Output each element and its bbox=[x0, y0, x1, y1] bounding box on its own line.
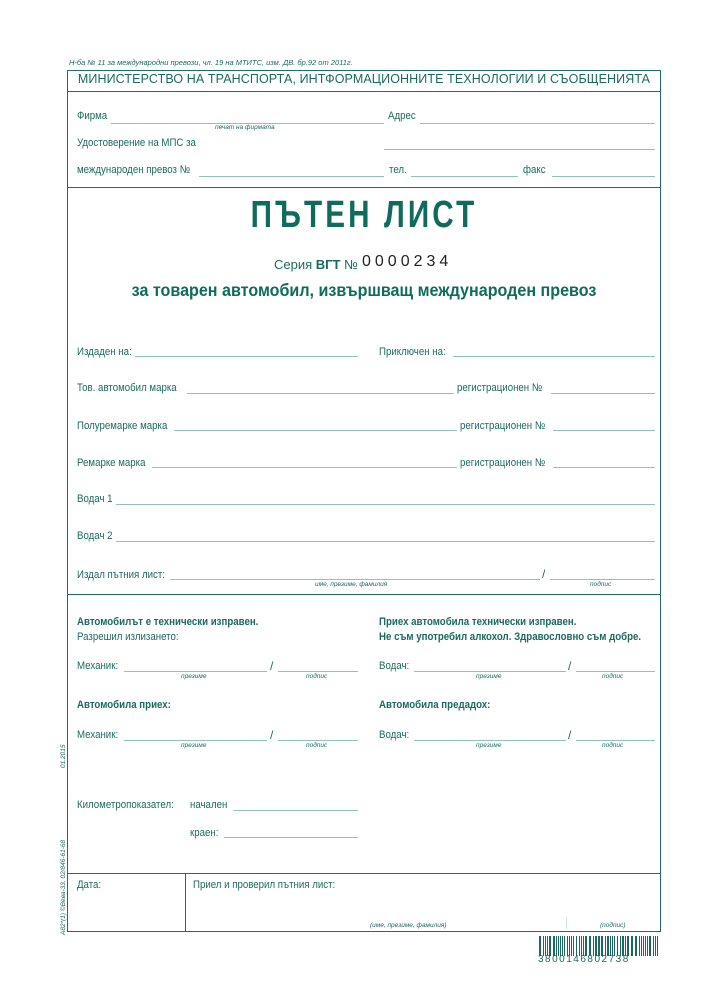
issued-by-label: Издал пътния лист: bbox=[77, 569, 165, 581]
trailer-make-label: Ремарке марка bbox=[77, 457, 146, 469]
vehicle-handed-heading: Автомобила предадох: bbox=[379, 699, 490, 711]
hint-divider bbox=[566, 917, 567, 929]
firm-stamp-hint: печат на фирмата bbox=[215, 124, 275, 131]
surname-hint: презиме bbox=[181, 673, 206, 680]
ministry-heading: МИНИСТЕРСТВО НА ТРАНСПОРТА, ИНТФОРМАЦИОН… bbox=[67, 72, 661, 86]
series-text: Серия bbox=[274, 257, 312, 272]
series-code: ВГТ bbox=[316, 257, 341, 272]
divider bbox=[67, 187, 661, 188]
signature-hint: подпис bbox=[602, 742, 623, 749]
issued-by-signature-field[interactable] bbox=[550, 579, 655, 580]
odometer-start-label: начален bbox=[190, 799, 227, 811]
vehicle-received-heading: Автомобила приех: bbox=[77, 699, 171, 711]
certificate-number-field[interactable] bbox=[199, 176, 384, 177]
semitrailer-make-label: Полуремарке марка bbox=[77, 420, 167, 432]
footer-divider bbox=[185, 874, 186, 932]
certificate-label: Удостоверение на МПС за bbox=[77, 137, 196, 149]
series-label: Серия ВГТ № bbox=[274, 257, 358, 272]
address-field-2[interactable] bbox=[384, 149, 655, 150]
barcode-number: 3800146802738 bbox=[538, 954, 630, 965]
trailer-registration-label: регистрационен № bbox=[460, 457, 545, 469]
print-date-code: 01.2015 bbox=[60, 745, 67, 769]
address-field[interactable] bbox=[420, 123, 655, 124]
certificate-number-label: международен превоз № bbox=[77, 164, 190, 176]
driver-accepted-heading: Приех автомобила технически изправен. bbox=[379, 616, 576, 628]
divider bbox=[67, 594, 661, 595]
trailer-registration-field[interactable] bbox=[553, 467, 655, 468]
odometer-end-field[interactable] bbox=[224, 837, 358, 838]
slash-separator: / bbox=[542, 567, 545, 581]
mechanic-exit-signature-field[interactable] bbox=[278, 671, 358, 672]
semitrailer-registration-label: регистрационен № bbox=[460, 420, 545, 432]
signature-hint: подпис bbox=[306, 673, 327, 680]
odometer-label: Километропоказател: bbox=[77, 799, 174, 811]
printer-code: А82*(1) ©Вева-33, 02/846-61-68 bbox=[60, 840, 67, 935]
phone-field[interactable] bbox=[411, 176, 518, 177]
slash-separator: / bbox=[270, 659, 273, 673]
mechanic-label: Механик: bbox=[77, 729, 118, 741]
address-label: Адрес bbox=[388, 110, 416, 122]
driver1-field[interactable] bbox=[116, 504, 655, 505]
semitrailer-registration-field[interactable] bbox=[553, 430, 655, 431]
surname-hint: презиме bbox=[476, 742, 501, 749]
legal-reference: Н-ба № 11 за международни превози, чл. 1… bbox=[69, 58, 353, 67]
divider bbox=[67, 91, 661, 92]
slash-separator: / bbox=[568, 659, 571, 673]
truck-make-field[interactable] bbox=[187, 393, 454, 394]
barcode-icon bbox=[538, 936, 660, 956]
issued-by-signature-hint: подпис bbox=[590, 581, 611, 588]
trailer-make-field[interactable] bbox=[152, 467, 457, 468]
driver-handover-signature-field[interactable] bbox=[576, 740, 655, 741]
issued-on-label: Издаден на: bbox=[77, 346, 132, 358]
driver-handover-name-field[interactable] bbox=[414, 740, 566, 741]
slash-separator: / bbox=[270, 728, 273, 742]
date-field[interactable] bbox=[67, 874, 185, 932]
phone-label: тел. bbox=[389, 164, 407, 176]
driver2-field[interactable] bbox=[116, 541, 655, 542]
checked-by-signature-hint: (подпис) bbox=[600, 922, 626, 929]
issued-on-field[interactable] bbox=[135, 356, 358, 357]
document-subtitle: за товарен автомобил, извършващ междунар… bbox=[91, 280, 637, 301]
checked-by-label: Приел и проверил пътния лист: bbox=[193, 879, 335, 891]
driver1-label: Водач 1 bbox=[77, 493, 113, 505]
mechanic-exit-name-field[interactable] bbox=[124, 671, 267, 672]
driver-label: Водач: bbox=[379, 660, 409, 672]
driver-fitness-declaration: Не съм употребил алкохол. Здравословно с… bbox=[379, 631, 641, 643]
issued-by-name-hint: име, презиме, фамилия bbox=[315, 581, 387, 588]
document-title: ПЪТЕН ЛИСТ bbox=[132, 194, 595, 237]
fax-label: факс bbox=[523, 164, 546, 176]
fax-field[interactable] bbox=[552, 176, 655, 177]
driver-accept-name-field[interactable] bbox=[414, 671, 566, 672]
mechanic-return-signature-field[interactable] bbox=[278, 740, 358, 741]
driver-label: Водач: bbox=[379, 729, 409, 741]
signature-hint: подпис bbox=[602, 673, 623, 680]
semitrailer-make-field[interactable] bbox=[174, 430, 457, 431]
truck-registration-field[interactable] bbox=[551, 393, 655, 394]
mechanic-label: Механик: bbox=[77, 660, 118, 672]
serial-number: 0000234 bbox=[362, 253, 452, 271]
closed-on-label: Приключен на: bbox=[379, 346, 446, 358]
driver2-label: Водач 2 bbox=[77, 530, 113, 542]
exit-authorized-label: Разрешил излизането: bbox=[77, 631, 179, 643]
surname-hint: презиме bbox=[476, 673, 501, 680]
slash-separator: / bbox=[568, 728, 571, 742]
truck-registration-label: регистрационен № bbox=[457, 382, 542, 394]
odometer-end-label: краен: bbox=[190, 827, 218, 839]
odometer-start-field[interactable] bbox=[233, 810, 358, 811]
firm-label: Фирма bbox=[77, 110, 107, 122]
truck-make-label: Тов. автомобил марка bbox=[77, 382, 177, 394]
number-sign: № bbox=[344, 257, 358, 272]
issued-by-name-field[interactable] bbox=[170, 579, 540, 580]
technical-ok-heading: Автомобилът е технически изправен. bbox=[77, 616, 258, 628]
driver-accept-signature-field[interactable] bbox=[576, 671, 655, 672]
checked-by-name-hint: (име, презиме, фамилия) bbox=[370, 922, 447, 929]
closed-on-field[interactable] bbox=[453, 356, 655, 357]
mechanic-return-name-field[interactable] bbox=[124, 740, 267, 741]
signature-hint: подпис bbox=[306, 742, 327, 749]
surname-hint: презиме bbox=[181, 742, 206, 749]
